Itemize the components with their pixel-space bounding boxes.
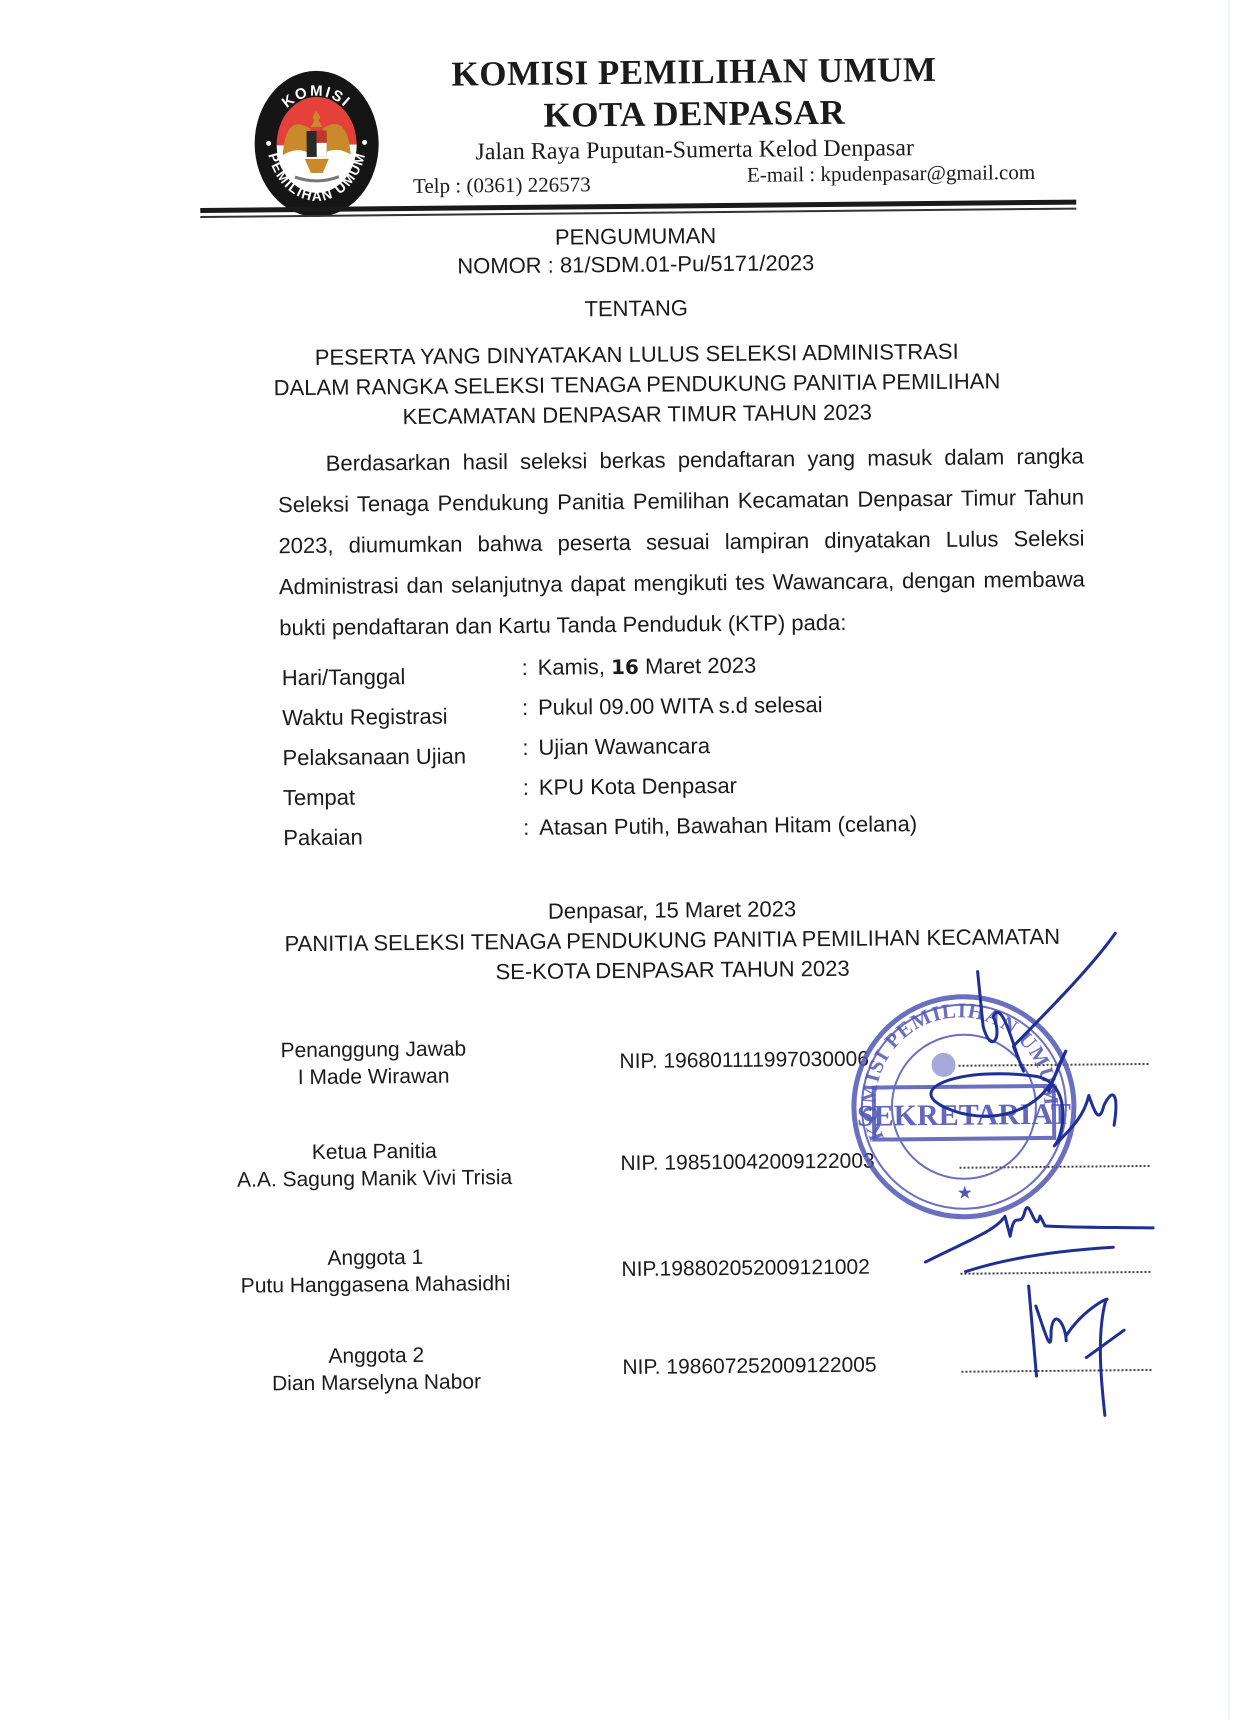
detail-row: Hari/Tanggal:Kamis, 16 Maret 2023 bbox=[282, 651, 982, 698]
detail-label: Pakaian bbox=[283, 824, 363, 851]
detail-label: Tempat bbox=[283, 785, 355, 812]
detail-colon: : bbox=[522, 735, 528, 761]
signatory-name: Dian Marselyna Nabor bbox=[206, 1368, 546, 1398]
body-text: Berdasarkan hasil seleksi berkas pendaft… bbox=[278, 444, 1085, 641]
detail-value: Kamis, 16 Maret 2023 bbox=[538, 653, 757, 681]
announcement-body: Berdasarkan hasil seleksi berkas pendaft… bbox=[278, 436, 1086, 649]
signatory-nip: NIP.198802052009121002 bbox=[621, 1256, 870, 1282]
signatory-role: Penanggung Jawab bbox=[203, 1035, 543, 1065]
committee-name-line2: SE-KOTA DENPASAR TAHUN 2023 bbox=[232, 953, 1112, 987]
detail-value: Atasan Putih, Bawahan Hitam (celana) bbox=[539, 811, 917, 841]
committee-name-line1: PANITIA SELEKSI TENAGA PENDUKUNG PANITIA… bbox=[232, 923, 1112, 957]
detail-label: Hari/Tanggal bbox=[282, 664, 406, 691]
signature-line bbox=[961, 1369, 1151, 1373]
document-page: KOMISI PEMILIHAN UMUM KOMISI PEMILIHAN U… bbox=[0, 0, 1236, 1720]
signatory-block: Penanggung JawabI Made Wirawan bbox=[203, 1035, 544, 1092]
signatory-nip: NIP. 198510042009122003 bbox=[620, 1150, 874, 1176]
detail-colon: : bbox=[523, 775, 529, 801]
detail-row: Waktu Registrasi:Pukul 09.00 WITA s.d se… bbox=[282, 691, 982, 738]
signatory-role: Anggota 2 bbox=[206, 1341, 546, 1371]
org-email: E-mail : kpudenpasar@gmail.com bbox=[747, 160, 1035, 188]
detail-colon: : bbox=[522, 695, 528, 721]
detail-colon: : bbox=[523, 815, 529, 841]
schedule-details: Hari/Tanggal:Kamis, 16 Maret 2023Waktu R… bbox=[282, 651, 984, 858]
signatory-name: Putu Hanggasena Mahasidhi bbox=[205, 1270, 545, 1300]
signatory-list: Penanggung JawabI Made WirawanNIP. 19680… bbox=[0, 0, 1229, 6]
signatory-name: I Made Wirawan bbox=[203, 1062, 543, 1092]
signatory-nip: NIP. 196801111997030006 bbox=[619, 1048, 869, 1074]
org-name-line1: KOMISI PEMILIHAN UMUM bbox=[424, 49, 964, 96]
secretariat-stamp-icon: KOMISI PEMILIHAN UMUM KOTA SEKRETARIAT ★ bbox=[843, 986, 1085, 1228]
place-date: Denpasar, 15 Maret 2023 bbox=[232, 893, 1112, 927]
detail-value: Pukul 09.00 WITA s.d selesai bbox=[538, 692, 823, 721]
kpu-garuda-logo-icon: KOMISI PEMILIHAN UMUM bbox=[252, 68, 381, 219]
org-phone: Telp : (0361) 226573 bbox=[413, 172, 591, 199]
svg-text:★: ★ bbox=[957, 1183, 973, 1203]
signatory-name: A.A. Sagung Manik Vivi Trisia bbox=[204, 1164, 544, 1194]
detail-colon: : bbox=[522, 655, 528, 681]
signatory-block: Anggota 2Dian Marselyna Nabor bbox=[206, 1341, 547, 1398]
org-name-line2: KOTA DENPASAR bbox=[424, 91, 964, 138]
signature-anggota-2 bbox=[1029, 1285, 1125, 1416]
detail-row: Pakaian:Atasan Putih, Bawahan Hitam (cel… bbox=[283, 811, 983, 858]
announcement-subject: PESERTA YANG DINYATAKAN LULUS SELEKSI AD… bbox=[197, 336, 1078, 434]
detail-label: Pelaksanaan Ujian bbox=[282, 743, 466, 771]
detail-row: Pelaksanaan Ujian:Ujian Wawancara bbox=[282, 731, 982, 778]
signatory-role: Anggota 1 bbox=[205, 1243, 545, 1273]
signature-line bbox=[961, 1271, 1151, 1275]
org-name: KOMISI PEMILIHAN UMUM KOTA DENPASAR bbox=[424, 49, 965, 138]
signatory-nip: NIP. 198607252009122005 bbox=[622, 1354, 876, 1380]
svg-text:SEKRETARIAT: SEKRETARIAT bbox=[857, 1098, 1071, 1133]
detail-value: KPU Kota Denpasar bbox=[539, 773, 737, 801]
signatory-block: Anggota 1Putu Hanggasena Mahasidhi bbox=[205, 1243, 546, 1300]
detail-label: Waktu Registrasi bbox=[282, 704, 448, 732]
signatory-block: Ketua PanitiaA.A. Sagung Manik Vivi Tris… bbox=[204, 1137, 545, 1194]
letterhead: KOMISI PEMILIHAN UMUM KOTA DENPASAR Jala… bbox=[394, 47, 1094, 54]
detail-value: Ujian Wawancara bbox=[538, 733, 710, 761]
announcement-about: TENTANG bbox=[196, 292, 1076, 326]
signatory-role: Ketua Panitia bbox=[204, 1137, 544, 1167]
detail-row: Tempat:KPU Kota Denpasar bbox=[283, 771, 983, 818]
